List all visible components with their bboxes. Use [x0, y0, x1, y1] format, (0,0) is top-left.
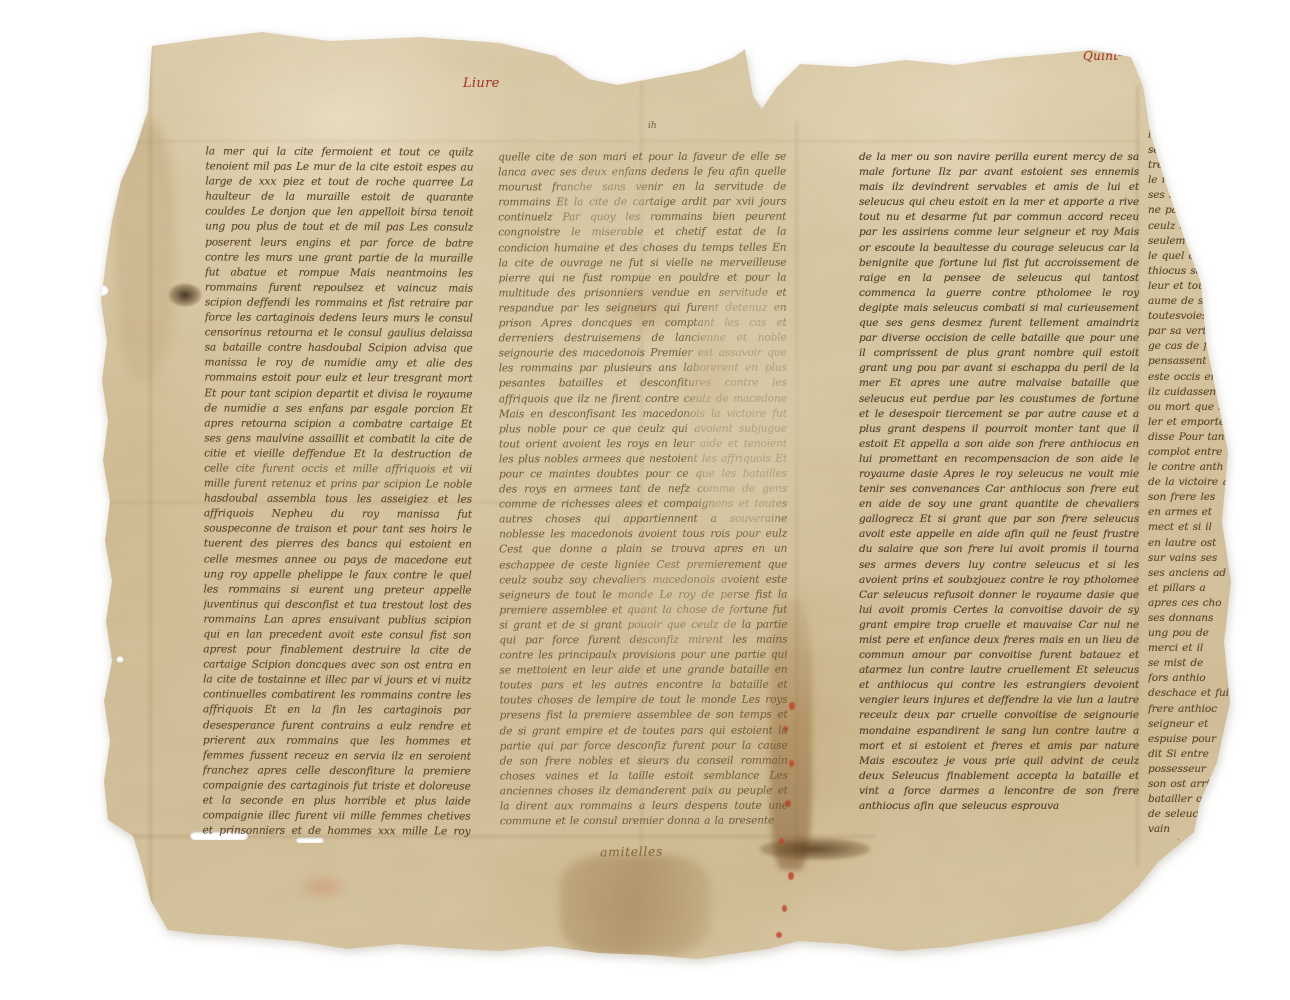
wax-speck: [776, 932, 782, 938]
text-column-left: la mer qui la cite fermoient et tout ce …: [202, 144, 473, 839]
wax-speck: [788, 872, 794, 880]
wax-speck: [789, 702, 795, 710]
wormhole: [96, 285, 109, 296]
text-column-right: de la mer ou son navire perilla eurent m…: [859, 150, 1139, 834]
text-column-far-right-fragment: le ses bon tres gra le roy ses honn ne p…: [1148, 128, 1234, 840]
wear-patch-center-right: [690, 290, 800, 530]
fold-crease-top-horizontal: [110, 140, 1140, 143]
wear-patch-center-mid: [620, 560, 740, 650]
wax-speck: [782, 905, 787, 912]
photo-background: Liure Quint⁹ ih la mer qui la cite fermo…: [0, 0, 1290, 1000]
catchword: amitelles: [600, 843, 663, 859]
wormhole: [116, 656, 124, 663]
wear-patch-center-top: [560, 170, 650, 240]
wax-speck: [789, 760, 794, 767]
fold-crease-right-vertical: [795, 120, 798, 860]
parchment-surface: Liure Quint⁹ ih la mer qui la cite fermo…: [0, 0, 1290, 1000]
fold-crease-left-vertical: [149, 45, 152, 930]
running-header-left: Liure: [463, 76, 500, 91]
margin-mark: ih: [648, 121, 657, 131]
running-header-right: Quint⁹: [1083, 49, 1124, 63]
parchment-leaf: Liure Quint⁹ ih la mer qui la cite fermo…: [0, 0, 1290, 1000]
wear-patch-left-crease: [210, 460, 470, 486]
wormhole: [92, 637, 101, 645]
wax-speck: [779, 838, 784, 844]
